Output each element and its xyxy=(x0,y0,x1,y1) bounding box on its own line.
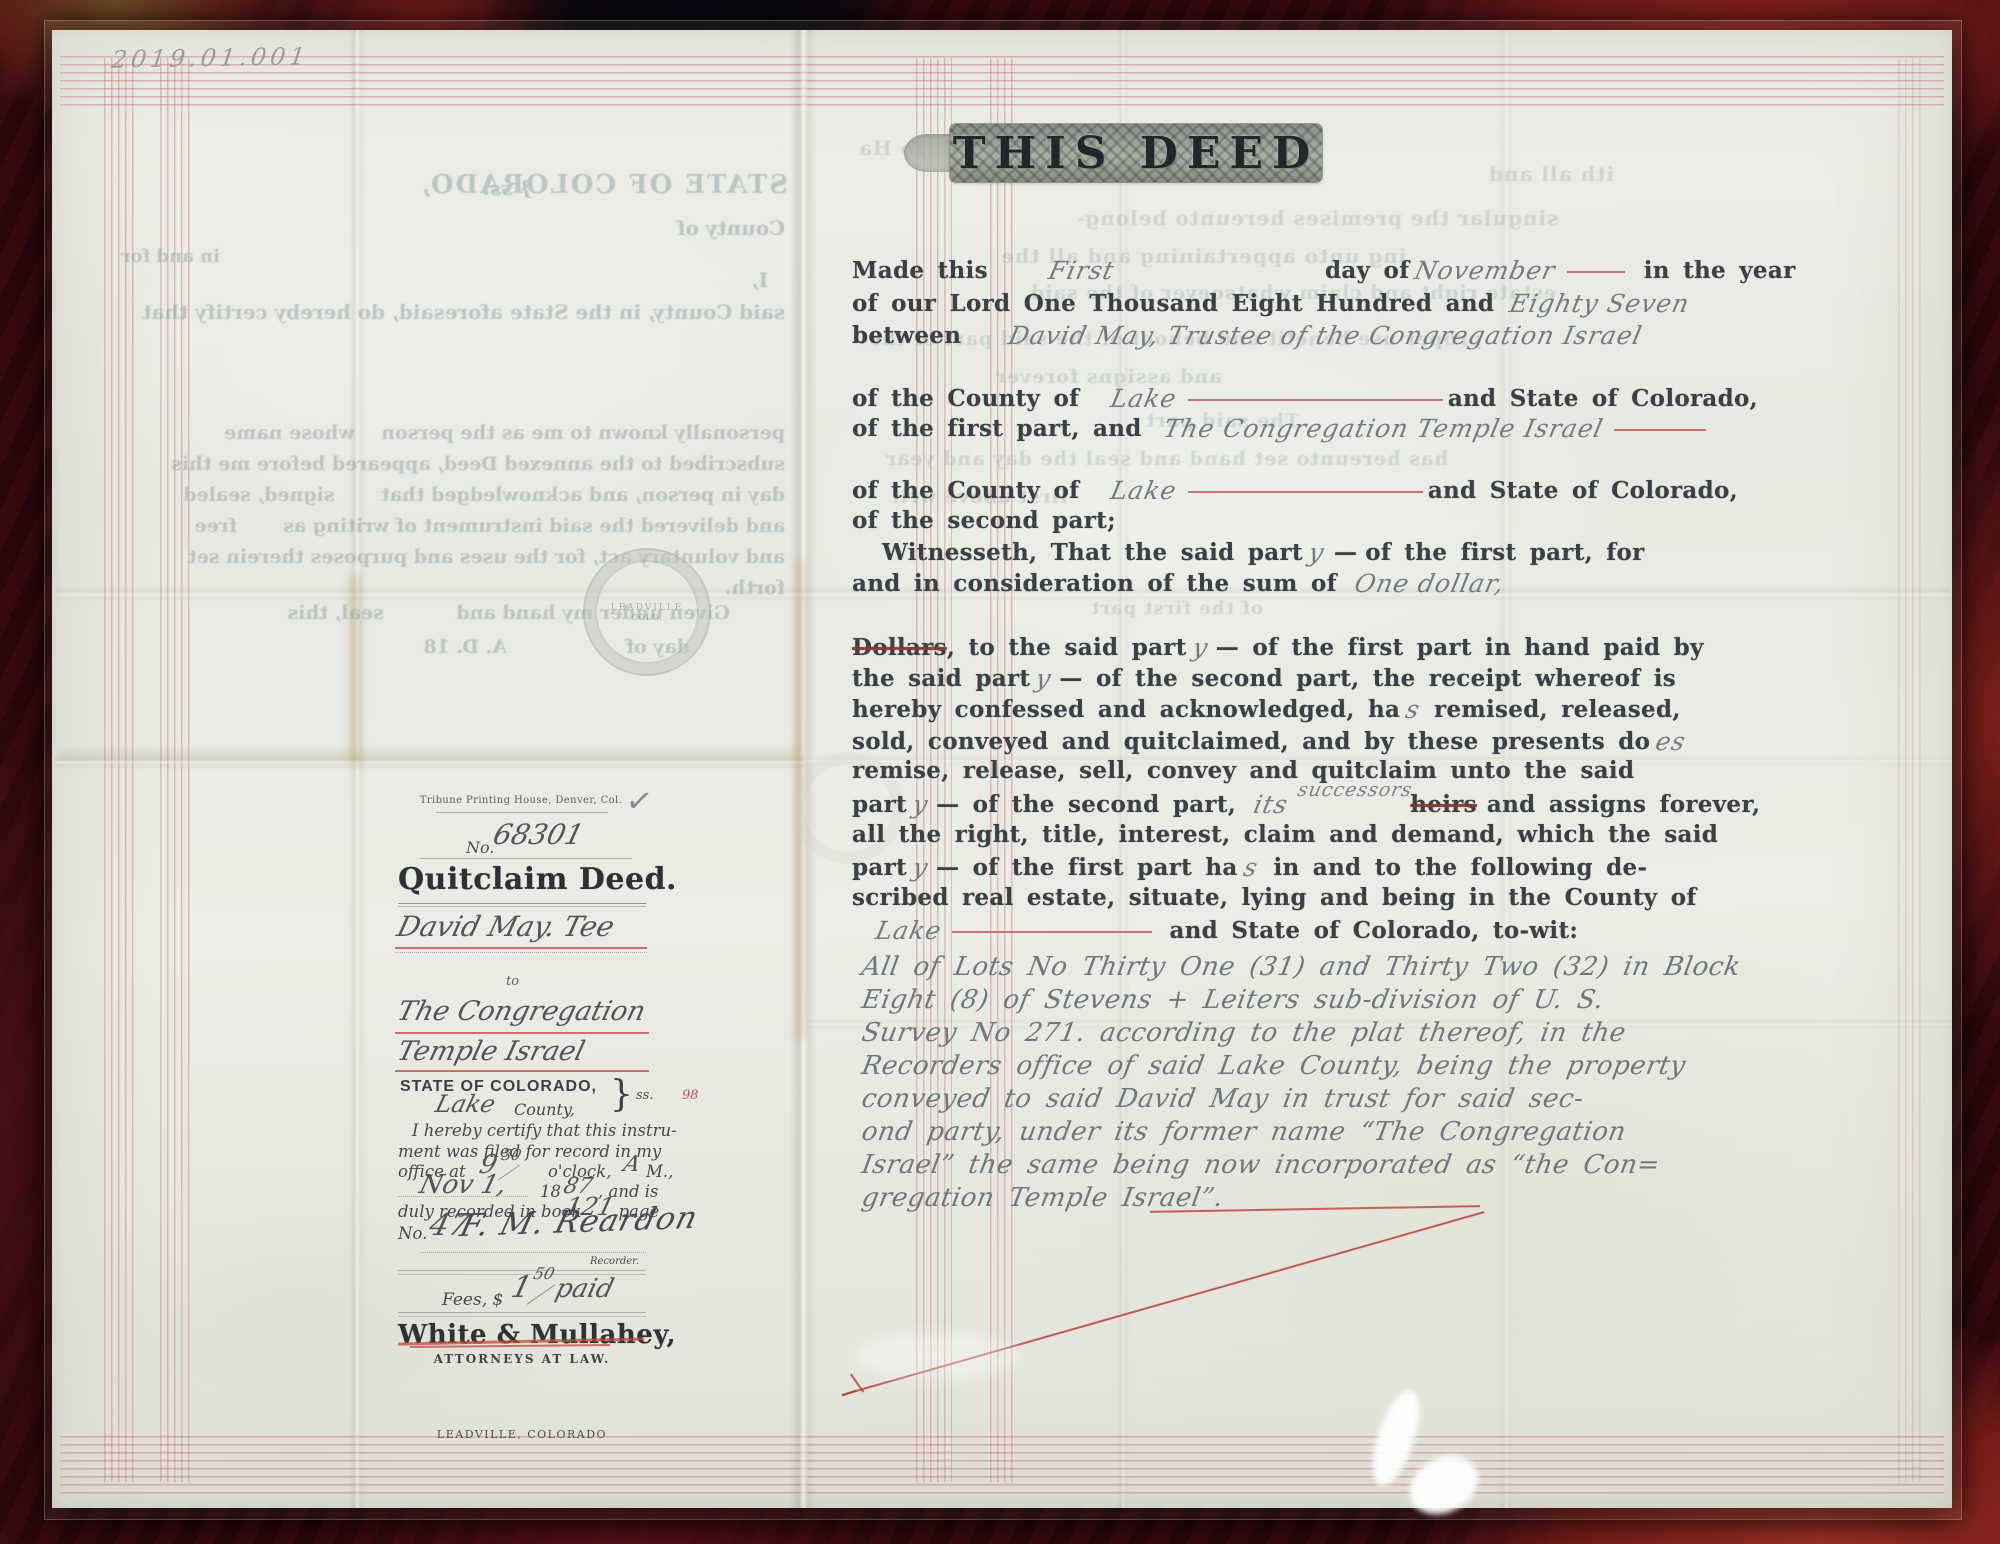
state-of-colorado-heading: STATE OF COLORADO, xyxy=(400,1078,597,1096)
rule-line xyxy=(420,858,632,859)
deed-body-line: remise, release, sell, convey and quitcl… xyxy=(852,757,1634,789)
deed-body-line: all the right, title, interest, claim an… xyxy=(852,821,1718,853)
red-fill-line xyxy=(1567,271,1625,273)
grantor-name-handwritten: David May. Tee xyxy=(394,910,618,943)
ss-abbreviation: ss. xyxy=(636,1088,653,1103)
text-run: One dollar, xyxy=(1352,569,1508,598)
text-run: between xyxy=(852,322,961,349)
rule-line xyxy=(398,906,646,907)
deed-body-line: of our Lord One Thousand Eight Hundred a… xyxy=(852,288,1696,320)
bleedthrough-paragraph-line: personally known to me as the person who… xyxy=(171,418,785,449)
text-run: and State of Colorado, xyxy=(1448,385,1758,412)
deed-body-line: Made thisFirstday ofNovemberin the year xyxy=(852,255,1796,287)
text-run: Dollars xyxy=(852,634,947,661)
bleedthrough-text: has hereunto set hand and seal the day a… xyxy=(885,448,1448,470)
text-run: of the first part, and xyxy=(852,415,1142,442)
deed-body-line: of the County ofLakeand State of Colorad… xyxy=(852,475,1738,507)
text-run: y xyxy=(1306,538,1327,567)
fold-stain-3 xyxy=(60,750,800,760)
text-run: and State of Colorado, to-wit: xyxy=(1169,917,1578,944)
property-description-line: Recorders office of said Lake County, be… xyxy=(859,1051,1688,1081)
text-run: and assigns forever, xyxy=(1487,791,1760,818)
text-run: remise, release, sell, convey and quitcl… xyxy=(852,757,1634,784)
bleedthrough-i: I, xyxy=(752,268,768,292)
deed-body-line: of the second part; xyxy=(852,507,1116,539)
text-run: — of the second part, the receipt whereo… xyxy=(1059,665,1676,692)
red-fill-line xyxy=(1614,429,1706,431)
county-label: County, xyxy=(514,1100,575,1119)
text-run: The Congregation Temple Israel xyxy=(1161,414,1606,443)
photo-of-quitclaim-deed: 2019.01.001 STATE OF COLORADO, } ss. Cou… xyxy=(0,0,2000,1544)
property-description-line: All of Lots No Thirty One (31) and Thirt… xyxy=(859,952,1743,982)
text-run: s xyxy=(1403,695,1423,724)
text-run: y xyxy=(1033,664,1054,693)
text-run: successors xyxy=(1296,779,1415,801)
embossed-seal: LEADVILLE COLO. xyxy=(583,548,711,676)
text-run: First xyxy=(1046,256,1117,285)
to-label: to xyxy=(506,974,519,989)
bleedthrough-text: singular the premises hereunto belong- xyxy=(1075,206,1558,230)
dotted-rule xyxy=(395,952,647,953)
text-run: y xyxy=(910,790,931,819)
property-description-line: Survey No 271. according to the plat the… xyxy=(859,1018,1628,1048)
bleedthrough-paragraph-line: subscribed to the annexed Deed, appeared… xyxy=(171,449,785,480)
text-run: part xyxy=(852,854,907,881)
year-printed: 18 xyxy=(540,1182,561,1201)
rule-line xyxy=(436,812,608,813)
text-run: in the year xyxy=(1644,257,1796,284)
text-run: Made this xyxy=(852,257,988,284)
red-ruling-right-edge xyxy=(1898,58,1924,1482)
property-description-line: Israel” the same being now incorporated … xyxy=(859,1150,1662,1180)
seal-text-line1: LEADVILLE xyxy=(611,603,684,613)
certificate-line2: ment was filed for record in my xyxy=(398,1142,661,1161)
dotted-rule xyxy=(398,1196,528,1197)
grantee-name-line1-handwritten: The Congregation xyxy=(394,996,649,1027)
text-run: y xyxy=(910,853,931,882)
deed-body-line: party— of the second part,itssuccessorsh… xyxy=(852,789,1760,821)
instrument-number-handwritten: 68301 xyxy=(490,818,587,851)
page-no-label: No. xyxy=(398,1224,427,1243)
deed-body-line: of the first part, andThe Congregation T… xyxy=(852,413,1711,445)
deed-body-line: and in consideration of the sum ofOne do… xyxy=(852,568,1510,600)
red-fill-line xyxy=(1188,491,1423,493)
bleedthrough-paragraph-line: day in person, and acknowledged that sig… xyxy=(171,480,785,511)
red-page-mark: 98 xyxy=(682,1088,699,1103)
bleedthrough-state-heading: STATE OF COLORADO, xyxy=(419,170,788,200)
deed-title-banner: THIS DEED xyxy=(950,124,1322,182)
recorder-label: Recorder. xyxy=(590,1256,639,1267)
text-run: of the County of xyxy=(852,477,1079,504)
property-description-line: Eight (8) of Stevens + Leiters sub-divis… xyxy=(859,985,1606,1015)
text-run: Lake xyxy=(1108,476,1180,505)
glare-highlight xyxy=(852,1332,1022,1380)
red-underline xyxy=(395,1070,649,1072)
bleedthrough-in-and-for: in and for xyxy=(121,246,220,267)
text-run: of the first part, for xyxy=(1365,539,1644,566)
text-run: Lake xyxy=(873,916,945,945)
deed-title-text: THIS DEED xyxy=(953,128,1319,179)
text-run: hereby confessed and acknowledged, ha xyxy=(852,696,1400,723)
brace-glyph: } xyxy=(610,1074,633,1115)
deed-body-line: scribed real estate, situate, lying and … xyxy=(852,884,1697,916)
deed-body-line: party— of the first part hasin and to th… xyxy=(852,852,1647,884)
text-run: and State of Colorado, xyxy=(1428,477,1738,504)
bleedthrough-county-of: County of xyxy=(677,216,785,240)
deed-body-line: sold, conveyed and quitclaimed, and by t… xyxy=(852,726,1692,758)
text-run: November xyxy=(1412,256,1558,285)
text-run: David May, Trustee of the Congregation I… xyxy=(1006,321,1645,350)
seal-text-line2: COLO. xyxy=(631,613,663,622)
dotted-rule xyxy=(420,1252,646,1253)
text-run: and in consideration of the sum of xyxy=(852,570,1337,597)
bleedthrough-certify-line: said County, in the State aforesaid, do … xyxy=(142,300,785,324)
red-fill-line xyxy=(1188,399,1443,401)
text-run: its xyxy=(1251,790,1291,819)
red-underline xyxy=(395,1032,649,1034)
text-run: , to the said part xyxy=(947,634,1187,661)
pencil-checkmark: ✓ xyxy=(623,780,655,821)
bleedthrough-text: of the first part xyxy=(1090,598,1263,619)
text-run: Eighty Seven xyxy=(1507,289,1693,318)
text-run: es xyxy=(1653,727,1689,756)
county-name-handwritten: Lake xyxy=(433,1090,499,1118)
m-label: M., xyxy=(646,1162,673,1181)
text-run: s xyxy=(1241,853,1261,882)
rule-line xyxy=(398,1312,646,1313)
text-run: in and to the following de- xyxy=(1273,854,1647,881)
docket-title: Quitclaim Deed. xyxy=(398,862,646,897)
printer-imprint: Tribune Printing House, Denver, Col. xyxy=(398,795,644,806)
archive-number-pencil: 2019.01.001 xyxy=(110,42,311,73)
red-fill-line xyxy=(952,931,1152,933)
deed-body-line: Dollars, to the said party— of the first… xyxy=(852,632,1704,664)
text-run: of the second part; xyxy=(852,507,1116,534)
city-imprint: LEADVILLE, COLORADO xyxy=(398,1428,646,1441)
text-run: — of the first part ha xyxy=(936,854,1238,881)
deed-body-line: of the County ofLakeand State of Colorad… xyxy=(852,383,1758,415)
text-run: all the right, title, interest, claim an… xyxy=(852,821,1718,848)
text-run: — of the second part, xyxy=(936,791,1236,818)
rule-line xyxy=(398,903,646,904)
text-run: of the County of xyxy=(852,385,1079,412)
text-run: heirs xyxy=(1410,791,1477,818)
deed-body-line: the said party— of the second part, the … xyxy=(852,663,1676,695)
certificate-line1: I hereby certify that this instru- xyxy=(412,1121,677,1140)
bleedthrough-text: ith all and xyxy=(1488,162,1614,186)
text-run: — of the first part in hand paid by xyxy=(1216,634,1704,661)
fees-paid-handwritten: paid xyxy=(552,1274,617,1304)
bleedthrough-ss: } ss. xyxy=(483,176,532,200)
deed-body-line: hereby confessed and acknowledged, hasre… xyxy=(852,694,1681,726)
rule-line xyxy=(398,1316,646,1317)
text-run: y xyxy=(1190,633,1211,662)
text-run: scribed real estate, situate, lying and … xyxy=(852,884,1697,911)
deed-body-line: Lakeand State of Colorado, to-wit: xyxy=(852,915,1578,947)
fees-label: Fees, $ xyxy=(442,1290,503,1310)
property-description-line: gregation Temple Israel”. xyxy=(859,1183,1226,1213)
text-run: day of xyxy=(1325,257,1409,284)
property-description-line: conveyed to said David May in trust for … xyxy=(859,1084,1586,1114)
deed-body-line: Witnesseth, That the said party—of the f… xyxy=(852,537,1645,569)
text-run: — xyxy=(1334,539,1357,566)
text-run: Lake xyxy=(1108,384,1180,413)
grantee-name-line2-handwritten: Temple Israel xyxy=(394,1036,588,1067)
attorneys-at-law-label: ATTORNEYS AT LAW. xyxy=(398,1352,646,1366)
text-run: of our Lord One Thousand Eight Hundred a… xyxy=(852,290,1494,317)
text-run: sold, conveyed and quitclaimed, and by t… xyxy=(852,728,1650,755)
text-run: remised, released, xyxy=(1434,696,1681,723)
text-run: Witnesseth, That the said part xyxy=(882,539,1303,566)
bleedthrough-paragraph-line: and delivered the said instrument of wri… xyxy=(171,511,785,542)
property-description-line: ond party, under its former name “The Co… xyxy=(859,1117,1628,1147)
text-run: part xyxy=(852,791,907,818)
deed-body-line: betweenDavid May, Trustee of the Congreg… xyxy=(852,320,1648,352)
text-run: the said part xyxy=(852,665,1030,692)
red-underline xyxy=(395,947,647,949)
